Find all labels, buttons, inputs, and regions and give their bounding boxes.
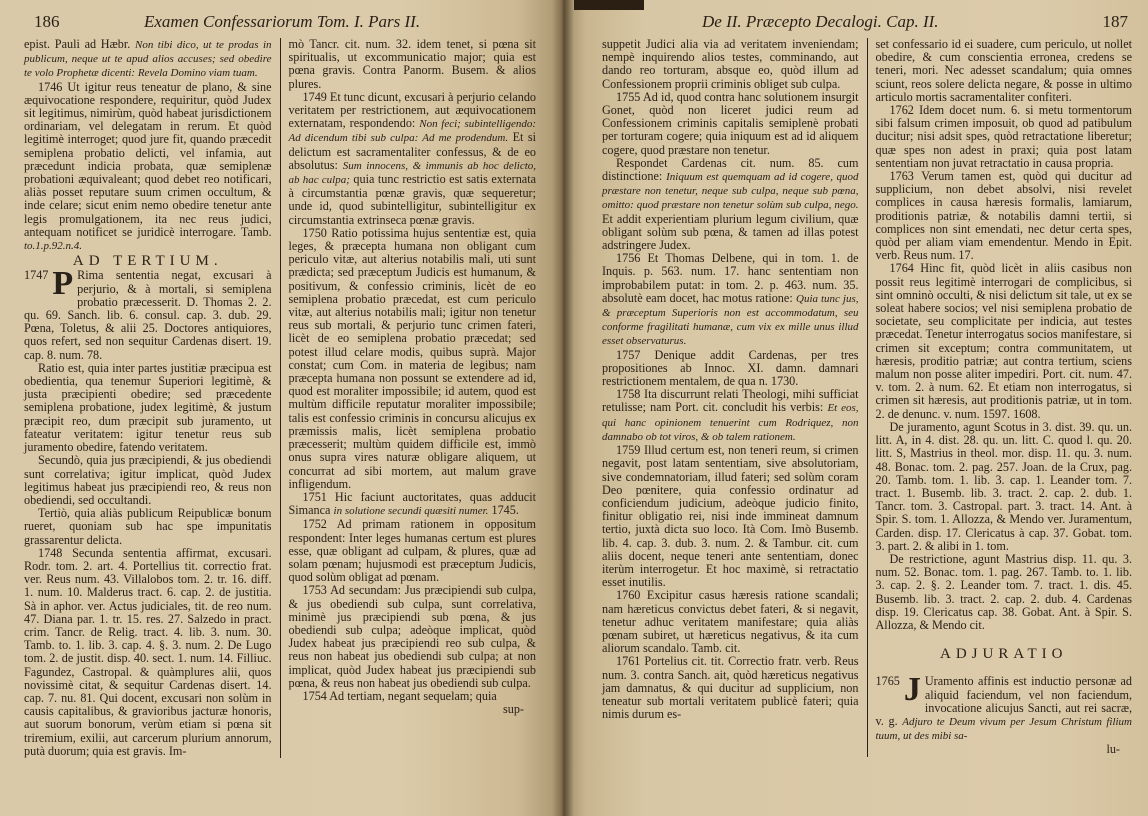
running-title-left: Examen Confessariorum Tom. I. Pars II.	[144, 12, 420, 32]
paragraph-1762: 1762 Idem docet num. 6. si metu tormento…	[876, 104, 1133, 170]
right-page: De II. Præcepto Decalogi. Cap. II. 187 s…	[562, 0, 1148, 816]
paragraph-de-restrictione: De restrictione, agunt Mastrius disp. 11…	[876, 553, 1133, 632]
paragraph-1758: 1758 Ita discurrunt relati Theologi, mih…	[602, 388, 859, 444]
drop-cap: J	[904, 676, 921, 704]
paragraph-1760: 1760 Excipitur casus hæresis ratione sca…	[602, 589, 859, 655]
paragraph-1756: 1756 Et Thomas Delbene, qui in tom. 1. d…	[602, 252, 859, 348]
catchword: sup-	[289, 703, 537, 716]
paragraph-1746: 1746 Ut igitur reus teneatur de plano, &…	[24, 81, 272, 254]
paragraph-1753: 1753 Ad secundam: Jus præcipiendi sub cu…	[289, 584, 537, 690]
page-number-left: 186	[24, 12, 144, 32]
right-columns: suppetit Judici alia via ad veritatem in…	[602, 38, 1132, 757]
paragraph-1755: 1755 Ad id, quod contra hanc solutionem …	[602, 91, 859, 157]
page-number-right: 187	[1103, 12, 1133, 32]
background-edge	[574, 0, 644, 10]
paragraph-1757: 1757 Denique addit Cardenas, per tres pr…	[602, 349, 859, 389]
paragraph: Tertiò, quia aliàs publicum Reipublicæ b…	[24, 507, 272, 547]
paragraph-1759: 1759 Illud certum est, non teneri reum, …	[602, 444, 859, 589]
drop-cap: P	[52, 270, 73, 298]
paragraph: Secundò, quia jus præcipiendi, & jus obe…	[24, 454, 272, 507]
left-columns: epist. Pauli ad Hæbr. Non tibi dico, ut …	[24, 38, 536, 758]
paragraph: mò Tancr. cit. num. 32. idem tenet, si p…	[289, 38, 537, 91]
paragraph-1751: 1751 Hic faciunt auctoritates, quas addu…	[289, 491, 537, 518]
paragraph-1748: 1748 Secunda sententia affirmat, excusar…	[24, 547, 272, 758]
paragraph-1747: 1747 P Rima sententia negat, excusari à …	[24, 269, 272, 361]
paragraph: Respondet Cardenas cit. num. 85. cum dis…	[602, 157, 859, 252]
paragraph: epist. Pauli ad Hæbr. Non tibi dico, ut …	[24, 38, 272, 81]
catchword: lu-	[876, 743, 1133, 756]
paragraph-1761: 1761 Portelius cit. tit. Correctio fratr…	[602, 655, 859, 721]
paragraph-1765: 1765 J Uramento affinis est inductio per…	[876, 675, 1133, 743]
paragraph-number: 1765	[876, 675, 900, 688]
right-column-b: set confessario id ei suadere, cum peric…	[868, 38, 1133, 757]
paragraph-1764: 1764 Hinc fit, quòd licèt in aliis casib…	[876, 262, 1133, 420]
paragraph-1752: 1752 Ad primam rationem in oppositum res…	[289, 518, 537, 584]
paragraph-1749: 1749 Et tunc dicunt, excusari à perjurio…	[289, 91, 537, 227]
paragraph-1763: 1763 Verum tamen est, quòd qui ducitur a…	[876, 170, 1133, 262]
paragraph-number: 1747	[24, 269, 48, 282]
paragraph: set confessario id ei suadere, cum peric…	[876, 38, 1133, 104]
paragraph: Ratio est, quia inter partes justitiæ pr…	[24, 362, 272, 454]
paragraph-1754: 1754 Ad tertiam, negant sequelam; quia	[289, 690, 537, 703]
paragraph-1750: 1750 Ratio potissima hujus sententiæ est…	[289, 227, 537, 491]
left-column-a: epist. Pauli ad Hæbr. Non tibi dico, ut …	[24, 38, 281, 758]
paragraph-de-juramento: De juramento, agunt Scotus in 3. dist. 3…	[876, 421, 1133, 553]
running-title-right: De II. Præcepto Decalogi. Cap. II.	[702, 12, 939, 32]
left-running-head: 186 Examen Confessariorum Tom. I. Pars I…	[24, 12, 536, 38]
right-running-head: De II. Præcepto Decalogi. Cap. II. 187	[602, 12, 1132, 38]
paragraph: suppetit Judici alia via ad veritatem in…	[602, 38, 859, 91]
left-column-b: mò Tancr. cit. num. 32. idem tenet, si p…	[281, 38, 537, 758]
right-column-a: suppetit Judici alia via ad veritatem in…	[602, 38, 868, 757]
section-heading-adjuratio: ADJURATIO	[876, 648, 1133, 661]
left-page: 186 Examen Confessariorum Tom. I. Pars I…	[0, 0, 562, 816]
book-spread: 186 Examen Confessariorum Tom. I. Pars I…	[0, 0, 1148, 816]
